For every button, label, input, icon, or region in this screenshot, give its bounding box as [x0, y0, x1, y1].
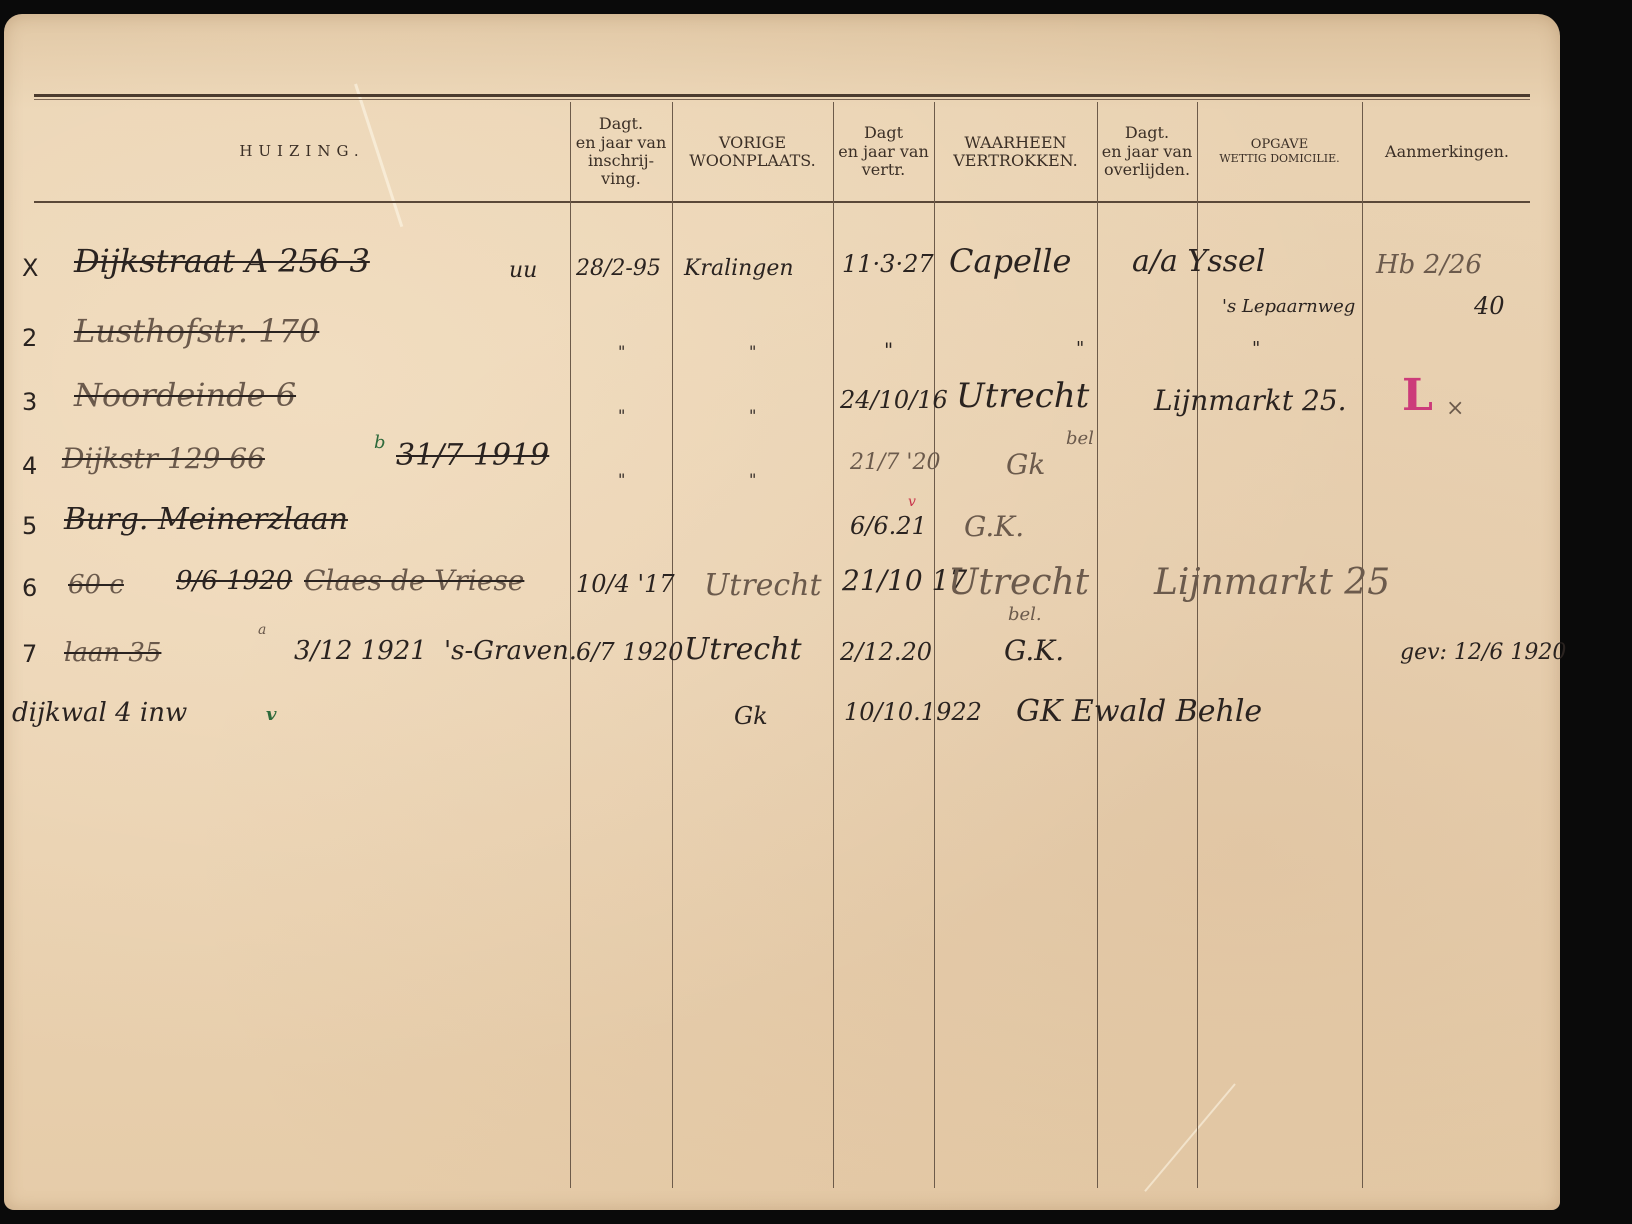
header-line: VORIGE	[689, 134, 815, 152]
address-date: 3/12 1921	[294, 636, 427, 666]
row-marker: X	[22, 254, 38, 282]
header-huizing-label: HUIZING.	[239, 143, 364, 160]
previous-residence: Gk	[734, 702, 768, 730]
address-date: 31/7 1919	[396, 438, 549, 473]
row-marker: 3	[22, 388, 37, 416]
header-overlijden: Dagt. en jaar van overlijden.	[1097, 106, 1197, 198]
address-place: 's-Graven.	[444, 636, 577, 666]
ditto-mark: "	[749, 470, 756, 489]
destination-cont: a/a Yssel	[1132, 244, 1265, 279]
destination: Gk	[1006, 448, 1045, 481]
check-mark: v	[266, 704, 276, 725]
destination-sup: bel	[1066, 428, 1094, 449]
destination: G.K.	[1004, 634, 1064, 667]
departure-date: 6/6.21	[850, 512, 927, 540]
destination: Capelle	[949, 242, 1071, 280]
column-divider	[934, 102, 935, 1188]
departure-date: 11·3·27	[842, 250, 934, 278]
address-entry: dijkwal 4 inw	[12, 698, 187, 728]
destination-sup: bel.	[1008, 604, 1042, 625]
ditto-mark: "	[618, 406, 625, 425]
remark: Hb 2/26	[1376, 250, 1482, 280]
destination: Utrecht	[956, 376, 1089, 416]
address-entry: Burg. Meinerzlaan	[64, 502, 348, 537]
header-line: WETTIG DOMICILIE.	[1219, 153, 1339, 166]
domicile: Lijnmarkt 25.	[1154, 384, 1347, 417]
previous-residence: Utrecht	[684, 632, 802, 667]
remark: gev: 12/6 1920	[1400, 640, 1566, 665]
header-vertrek: Dagt en jaar van vertr.	[833, 106, 934, 198]
domicile: Lijnmarkt 25	[1154, 562, 1390, 603]
top-rule	[34, 94, 1530, 97]
inschrijving-date: 28/2-95	[576, 256, 661, 281]
destination: Utrecht	[948, 562, 1089, 603]
header-domicilie: OPGAVE WETTIG DOMICILIE.	[1197, 106, 1362, 198]
registration-card: HUIZING. Dagt. en jaar van inschrij- vin…	[4, 14, 1560, 1210]
address-sup: b	[374, 432, 386, 453]
row-marker: 4	[22, 452, 37, 480]
header-line: ving.	[576, 170, 667, 188]
check-mark: v	[908, 494, 916, 510]
top-rule-thin	[34, 99, 1530, 100]
header-line: inschrij-	[576, 152, 667, 170]
address-entry: Dijkstraat A 256 3	[74, 242, 370, 280]
inschrijving-date: 10/4 '17	[576, 570, 675, 598]
ditto-mark: "	[884, 338, 893, 362]
header-line: Dagt.	[1102, 124, 1193, 142]
column-divider	[833, 102, 834, 1188]
header-huizing: HUIZING.	[34, 106, 570, 198]
ditto-mark: "	[618, 342, 625, 361]
header-inschrijving: Dagt. en jaar van inschrij- ving.	[570, 106, 672, 198]
paper-crease	[1144, 1083, 1236, 1192]
header-vorige-woonplaats: VORIGE WOONPLAATS.	[672, 106, 833, 198]
ditto-mark: "	[618, 470, 625, 489]
destination: GK Ewald Behle	[1016, 694, 1262, 729]
header-line: OPGAVE	[1219, 138, 1339, 153]
address-date: 9/6 1920	[176, 566, 292, 596]
previous-residence: Kralingen	[684, 256, 794, 281]
header-line: overlijden.	[1102, 161, 1193, 179]
address-name: Claes de Vriese	[304, 564, 524, 597]
header-line: en jaar van	[838, 143, 929, 161]
header-waarheen: WAARHEEN VERTROKKEN.	[934, 106, 1097, 198]
inschrijving-date: 6/7 1920	[576, 638, 683, 666]
header-line: Aanmerkingen.	[1385, 143, 1509, 161]
row-marker: 5	[22, 512, 37, 540]
address-entry: Noordeinde 6	[74, 376, 296, 414]
departure-date: 24/10/16	[840, 386, 948, 414]
ditto-mark: "	[1252, 338, 1260, 359]
column-divider	[1097, 102, 1098, 1188]
previous-residence: Utrecht	[704, 568, 822, 603]
header-line: VERTROKKEN.	[953, 152, 1077, 170]
row-marker: 7	[22, 640, 37, 668]
header-line: WOONPLAATS.	[689, 152, 815, 170]
address-entry: Dijkstr 129 66	[62, 442, 265, 475]
header-line: Dagt	[838, 124, 929, 142]
row-marker: 2	[22, 324, 37, 352]
header-line: en jaar van	[576, 134, 667, 152]
address-entry: 60 c	[68, 570, 124, 600]
stamp-l: L	[1402, 370, 1433, 421]
header-line: vertr.	[838, 161, 929, 179]
remark-sub: 40	[1474, 292, 1505, 320]
address-suffix: uu	[509, 258, 537, 283]
address-sup: a	[258, 622, 266, 638]
departure-date: 10/10.1922	[844, 698, 982, 726]
header-rule	[34, 201, 1530, 203]
column-divider	[1362, 102, 1363, 1188]
domicile-sub: 's Lepaarnweg	[1222, 296, 1355, 317]
departure-date: 2/12.20	[840, 638, 932, 666]
ditto-mark: "	[1076, 338, 1084, 359]
destination: G.K.	[964, 510, 1024, 543]
departure-date: 21/7 '20	[850, 450, 940, 475]
header-line: WAARHEEN	[953, 134, 1077, 152]
ditto-mark: "	[749, 342, 756, 361]
header-line: Dagt.	[576, 115, 667, 133]
header-aanmerkingen: Aanmerkingen.	[1362, 106, 1532, 198]
remark-mark: ×	[1446, 396, 1464, 421]
ditto-mark: "	[749, 406, 756, 425]
address-entry: Lusthofstr. 170	[74, 312, 319, 350]
address-entry: laan 35	[64, 638, 161, 668]
header-line: en jaar van	[1102, 143, 1193, 161]
row-marker: 6	[22, 574, 37, 602]
